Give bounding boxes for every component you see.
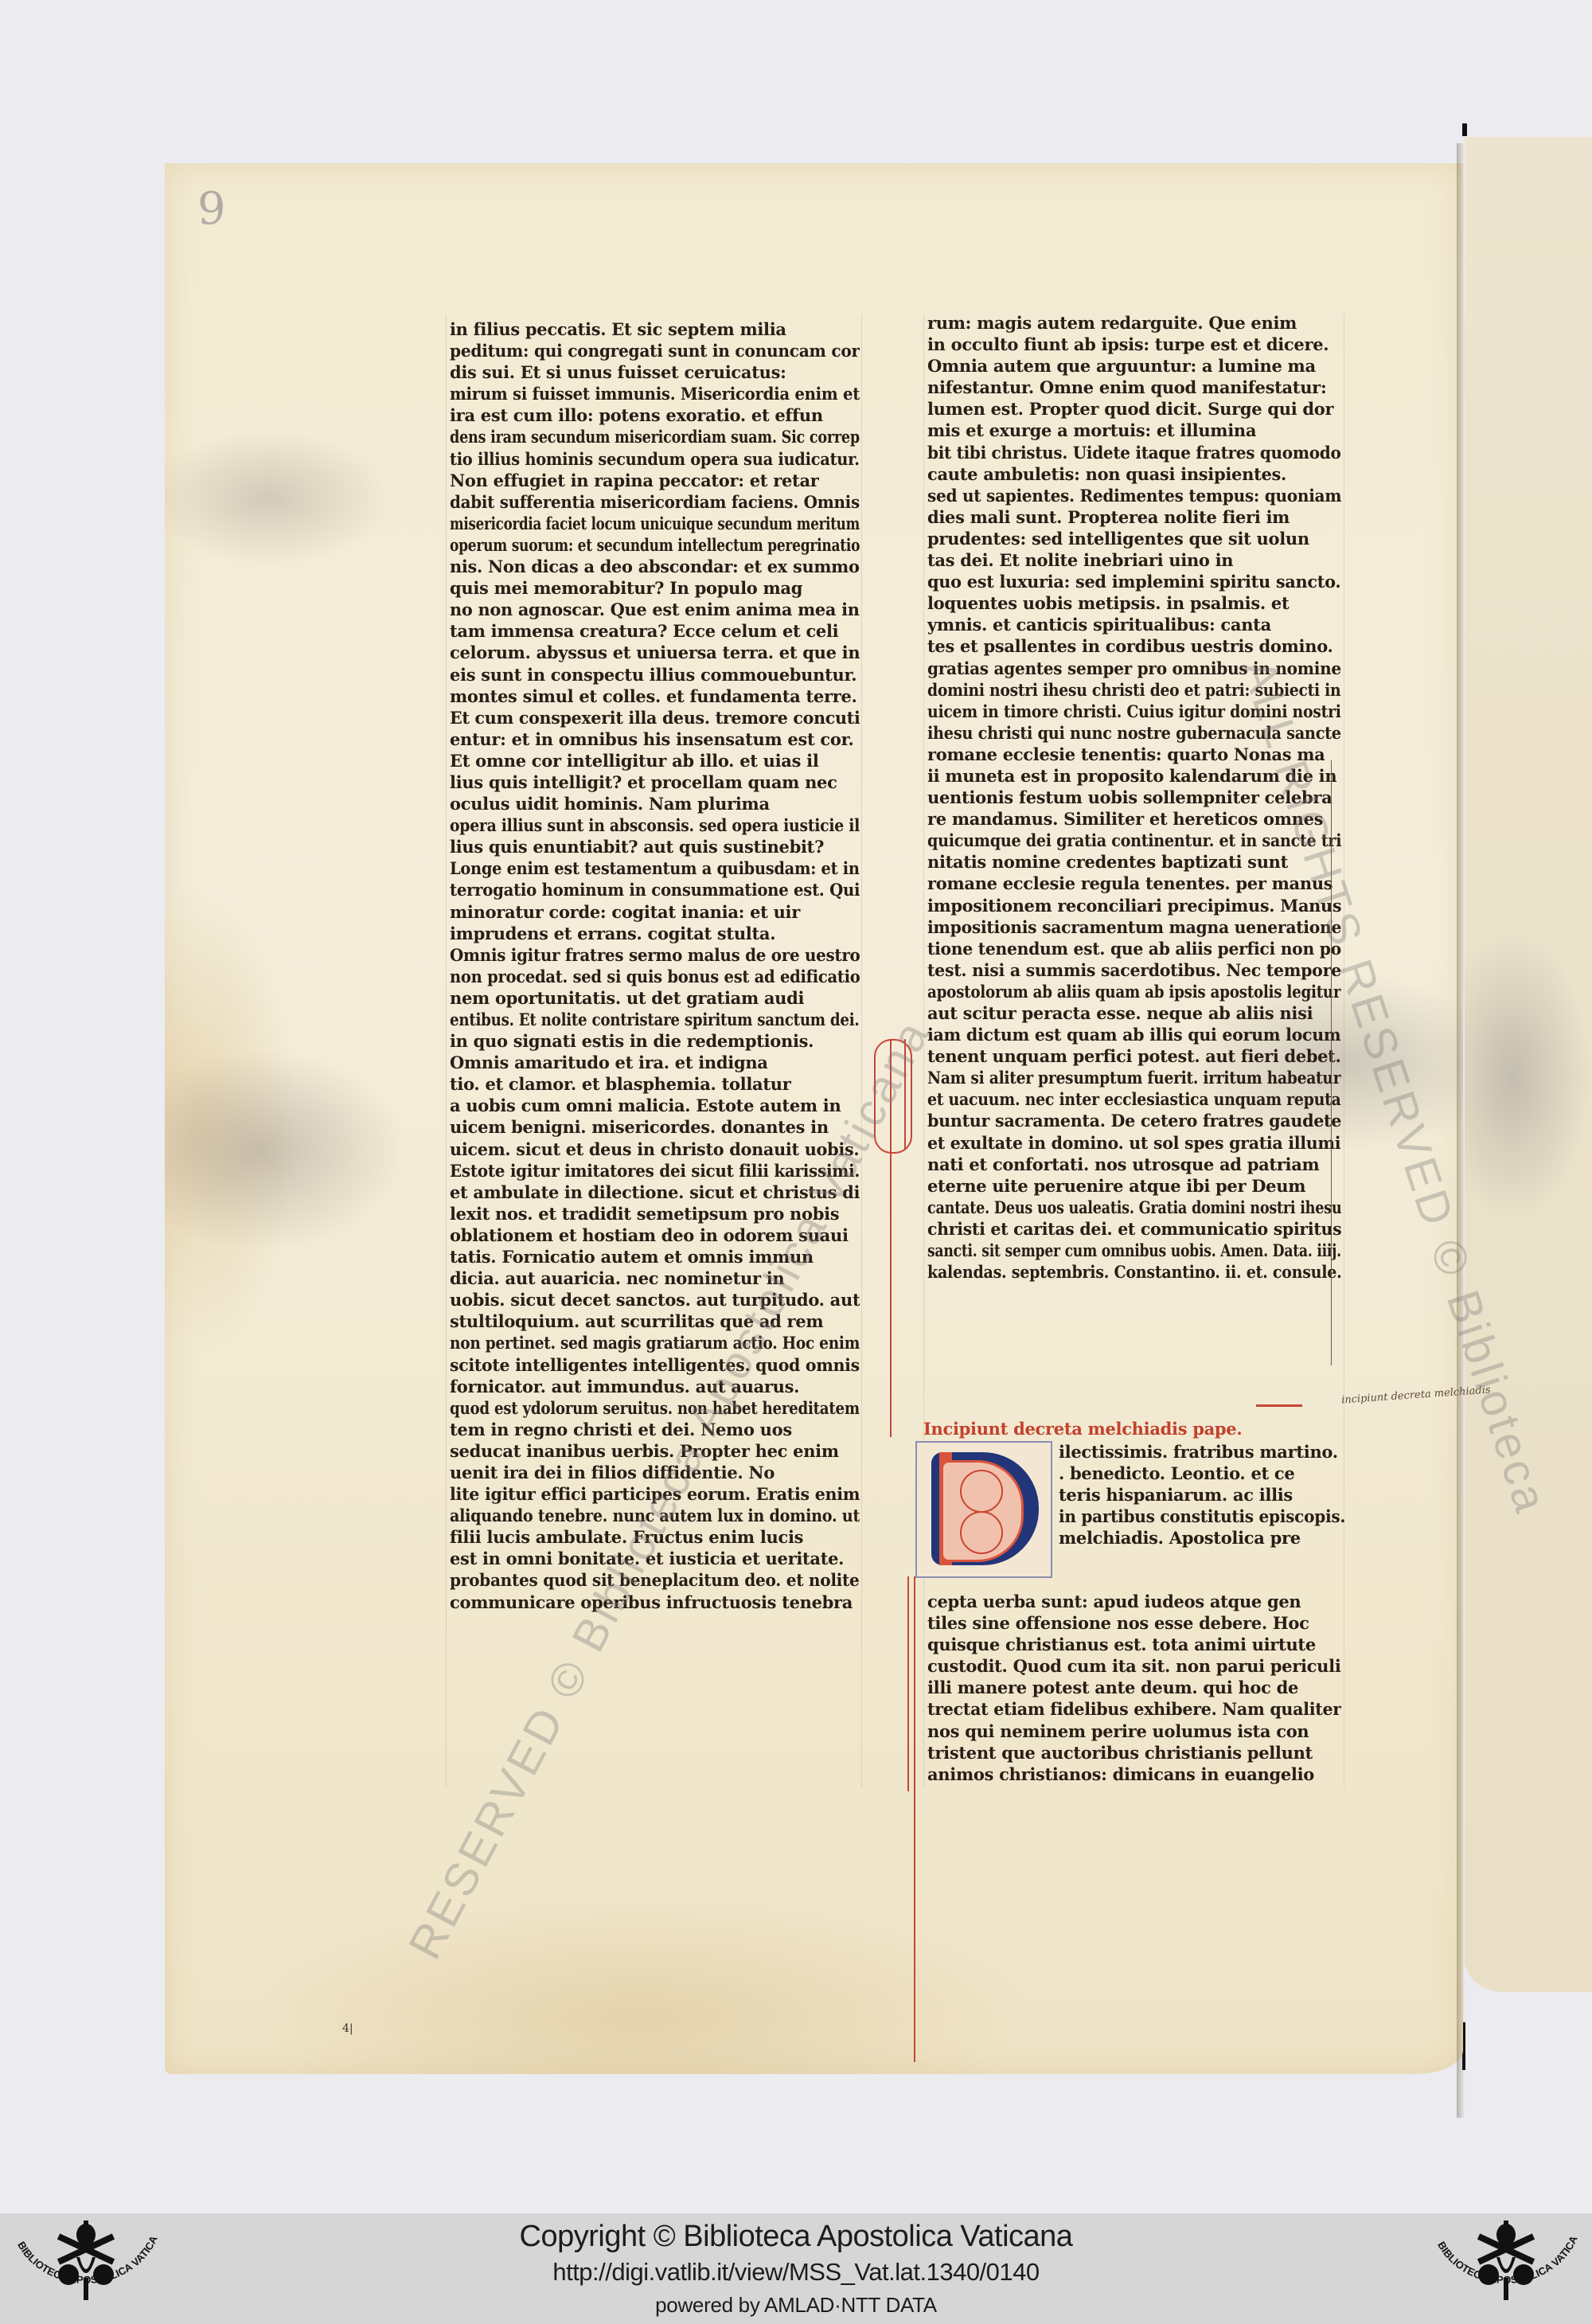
manuscript-text-line: tio illius hominis secundum opera sua iu… xyxy=(450,448,860,470)
manuscript-text-line: Nam si aliter presumptum fuerit. irritum… xyxy=(927,1067,1341,1088)
rubric-dash xyxy=(1256,1404,1302,1407)
next-page-edge xyxy=(1465,137,1592,1992)
manuscript-text-line: misericordia faciet locum unicuique secu… xyxy=(450,513,860,534)
manuscript-text-line: animos christianos: dimicans in euangeli… xyxy=(927,1764,1341,1785)
manuscript-text-line: nem oportunitatis. ut det gratiam audi xyxy=(450,987,860,1009)
ruling-line xyxy=(1344,314,1344,1787)
manuscript-text-line: nis. Non dicas a deo abscondar: et ex su… xyxy=(450,556,860,577)
manuscript-text-line: eterne uite peruenire atque ibi per Deum xyxy=(927,1175,1341,1197)
manuscript-text-line: terrogatio hominum in consummatione est.… xyxy=(450,879,860,900)
manuscript-text-line: dabit sufferentia misericordiam faciens.… xyxy=(450,491,860,513)
manuscript-text-line: impositionem reconciliari precipimus. Ma… xyxy=(927,895,1341,916)
manuscript-text-line: tio. et clamor. et blasphemia. tollatur xyxy=(450,1073,860,1095)
manuscript-text-line: stultiloquium. aut scurrilitas que ad re… xyxy=(450,1310,860,1332)
manuscript-text-line: scitote intelligentes intelligentes. quo… xyxy=(450,1354,860,1376)
manuscript-text-line: nos qui neminem perire uolumus ista con xyxy=(927,1721,1341,1742)
manuscript-text-line: ilectissimis. fratribus martino. xyxy=(1059,1441,1345,1463)
text-column-left: in filius peccatis. Et sic septem miliap… xyxy=(450,318,860,1613)
manuscript-text-line: bit tibi christus. Uidete itaque fratres… xyxy=(927,442,1341,463)
ruling-line xyxy=(446,314,447,1787)
manuscript-text-line: entur: et in omnibus his insensatum est … xyxy=(450,728,860,750)
manuscript-text-line: minoratur corde: cogitat inania: et uir xyxy=(450,901,860,923)
manuscript-text-line: Omnis amaritudo et ira. et indigna xyxy=(450,1052,860,1073)
manuscript-text-line: dies mali sunt. Propterea nolite fieri i… xyxy=(927,506,1341,528)
manuscript-text-line: buntur sacramenta. De cetero fratres gau… xyxy=(927,1110,1341,1131)
quire-mark: 4| xyxy=(342,2022,353,2035)
image-viewport[interactable]: 9 in filius peccatis. Et sic septem mili… xyxy=(0,0,1592,2213)
manuscript-text-line: non pertinet. sed magis gratiarum actio.… xyxy=(450,1332,860,1353)
penwork-flourish xyxy=(914,1576,915,2062)
manuscript-text-line: lumen est. Propter quod dicit. Surge qui… xyxy=(927,398,1341,420)
manuscript-text-line: apostolorum ab aliis quam ab ipsis apost… xyxy=(927,981,1341,1002)
manuscript-text-line: tas dei. Et nolite inebriari uino in xyxy=(927,549,1341,571)
folio-number: 9 xyxy=(197,183,226,235)
manuscript-text-line: a uobis cum omni malicia. Estote autem i… xyxy=(450,1095,860,1116)
manuscript-text-line: nati et confortati. nos utrosque ad patr… xyxy=(927,1154,1341,1175)
ruling-line xyxy=(861,314,862,1787)
powered-by-text: powered by AMLAD·NTT DATA xyxy=(0,2293,1592,2318)
vatican-library-logo-right: BIBLIOTECA APOSTOLICA VATICANA xyxy=(1426,2217,1586,2321)
manuscript-text-line: eis sunt in conspectu illius commouebunt… xyxy=(450,664,860,685)
manuscript-text-line: non procedat. sed si quis bonus est ad e… xyxy=(450,966,860,987)
initial-d-swirl xyxy=(960,1470,1003,1513)
decorated-initial-d xyxy=(915,1441,1052,1578)
manuscript-text-line: opera illius sunt in absconsis. sed oper… xyxy=(450,814,860,836)
manuscript-text-line: dis sui. Et si unus fuisset ceruicatus: xyxy=(450,361,860,383)
manuscript-text-line: melchiadis. Apostolica pre xyxy=(1059,1527,1345,1549)
vatican-library-logo-left: BIBLIOTECA APOSTOLICA VATICANA xyxy=(6,2217,166,2321)
copyright-text: Copyright © Biblioteca Apostolica Vatica… xyxy=(0,2220,1592,2254)
manuscript-text-line: imprudens et errans. cogitat stulta. xyxy=(450,923,860,944)
papal-coat-of-arms-icon: BIBLIOTECA APOSTOLICA VATICANA xyxy=(6,2217,166,2321)
manuscript-text-line: in quo signati estis in die redemptionis… xyxy=(450,1030,860,1052)
manuscript-text-line: caute ambuletis: non quasi insipientes. xyxy=(927,463,1341,485)
manuscript-text-line: Non effugiet in rapina peccator: et reta… xyxy=(450,470,860,491)
manuscript-text-line: trectat etiam fidelibus exhibere. Nam qu… xyxy=(927,1698,1341,1720)
manuscript-text-line: tione tenendum est. que ab aliis perfici… xyxy=(927,938,1341,959)
manuscript-text-line: . benedicto. Leontio. et ce xyxy=(1059,1463,1345,1484)
manuscript-text-line: Omnis igitur fratres sermo malus de ore … xyxy=(450,944,860,966)
manuscript-text-line: lius quis intelligit? et procellam quam … xyxy=(450,771,860,793)
initial-d-swirl xyxy=(960,1511,1003,1554)
manuscript-text-line: custodit. Quod cum ita sit. non parui pe… xyxy=(927,1655,1341,1677)
manuscript-text-line: montes simul et colles. et fundamenta te… xyxy=(450,685,860,707)
manuscript-text-line: et uacuum. nec inter ecclesiastica unqua… xyxy=(927,1088,1341,1110)
manuscript-text-line: mirum si fuisset immunis. Misericordia e… xyxy=(450,383,860,404)
manuscript-text-line: no non agnoscar. Que est enim anima mea … xyxy=(450,599,860,620)
manuscript-text-line: ira est cum illo: potens exoratio. et ef… xyxy=(450,404,860,426)
manuscript-text-line: test. nisi a summis sacerdotibus. Nec te… xyxy=(927,959,1341,981)
manuscript-text-line: tiles sine offensione nos esse debere. H… xyxy=(927,1612,1341,1634)
manuscript-text-line: quicumque dei gratia continentur. et in … xyxy=(927,830,1341,851)
manuscript-text-line: Et omne cor intelligitur ab illo. et uia… xyxy=(450,750,860,771)
manuscript-text-line: entibus. Et nolite contristare spiritum … xyxy=(450,1009,860,1030)
manuscript-text-line: et exultate in domino. ut sol spes grati… xyxy=(927,1132,1341,1154)
manuscript-text-line: tristent que auctoribus christianis pell… xyxy=(927,1742,1341,1764)
manuscript-text-line: uicem benigni. misericordes. donantes in xyxy=(450,1116,860,1138)
manuscript-text-line: tenent unquam perfici potest. aut fieri … xyxy=(927,1045,1341,1067)
gutter-shadow xyxy=(1457,143,1465,2118)
manuscript-text-line: nifestantur. Omne enim quod manifestatur… xyxy=(927,377,1341,398)
manuscript-text-line: cepta uerba sunt: apud iudeos atque gen xyxy=(927,1591,1341,1612)
manuscript-text-line: fornicator. aut immundus. aut auarus. xyxy=(450,1376,860,1397)
manuscript-text-line: in partibus constitutis episcopis. xyxy=(1059,1506,1345,1527)
manuscript-text-line: quisque christianus est. tota animi uirt… xyxy=(927,1634,1341,1655)
manuscript-text-line: mis et exurge a mortuis: et illumina xyxy=(927,420,1341,441)
manuscript-text-line: in occulto fiunt ab ipsis: turpe est et … xyxy=(927,334,1341,355)
manuscript-text-line: illi manere potest ante deum. qui hoc de xyxy=(927,1677,1341,1698)
manuscript-text-line: nitatis nomine credentes baptizati sunt xyxy=(927,851,1341,873)
manuscript-text-line: quo est luxuria: sed implemini spiritu s… xyxy=(927,571,1341,592)
manuscript-text-line: uicem. sicut et deus in christo donauit … xyxy=(450,1139,860,1160)
manuscript-text-line: operum suorum: et secundum intellectum p… xyxy=(450,534,860,556)
manuscript-url[interactable]: http://digi.vatlib.it/view/MSS_Vat.lat.1… xyxy=(0,2258,1592,2287)
manuscript-text-line: quis mei memorabitur? In populo mag xyxy=(450,577,860,599)
manuscript-text-line: romane ecclesie regula tenentes. per man… xyxy=(927,873,1341,894)
manuscript-text-line: sed ut sapientes. Redimentes tempus: quo… xyxy=(927,485,1341,506)
text-column-right-end: cepta uerba sunt: apud iudeos atque gent… xyxy=(927,1591,1341,1785)
manuscript-text-line: tem in regno christi et dei. Nemo uos xyxy=(450,1419,860,1440)
manuscript-text-line: ymnis. et canticis spiritualibus: canta xyxy=(927,614,1341,635)
papal-coat-of-arms-icon: BIBLIOTECA APOSTOLICA VATICANA xyxy=(1426,2217,1586,2321)
manuscript-text-line: iam dictum est quam ab illis qui eorum l… xyxy=(927,1024,1341,1045)
manuscript-text-line: christi et caritas dei. et communicatio … xyxy=(927,1218,1341,1240)
manuscript-text-line: teris hispaniarum. ac illis xyxy=(1059,1484,1345,1506)
manuscript-text-line: Omnia autem que arguuntur: a lumine ma xyxy=(927,355,1341,377)
rubric-heading: Incipiunt decreta melchiadis pape. xyxy=(923,1418,1337,1439)
manuscript-text-line: tam immensa creatura? Ecce celum et celi xyxy=(450,620,860,642)
manuscript-text-line: dens iram secundum misericordiam suam. S… xyxy=(450,426,860,447)
manuscript-text-line: impositionis sacramentum magna ueneratio… xyxy=(927,916,1341,938)
binding-clip xyxy=(1462,123,1467,136)
manuscript-text-line: prudentes: sed intelligentes que sit uol… xyxy=(927,528,1341,549)
manuscript-text-line: communicare operibus infructuosis tenebr… xyxy=(450,1592,860,1613)
manuscript-text-line: loquentes uobis metipsis. in psalmis. et xyxy=(927,592,1341,614)
manuscript-text-line: quod est ydolorum seruitus. non habet he… xyxy=(450,1397,860,1419)
manuscript-text-line: kalendas. septembris. Constantino. ii. e… xyxy=(927,1261,1341,1283)
manuscript-text-line: peditum: qui congregati sunt in conuncam… xyxy=(450,340,860,361)
manuscript-text-line: Estote igitur imitatores dei sicut filii… xyxy=(450,1160,860,1182)
manuscript-text-line: Et cum conspexerit illa deus. tremore co… xyxy=(450,707,860,728)
manuscript-text-line: lius quis enuntiabit? aut quis sustinebi… xyxy=(450,836,860,857)
manuscript-text-line: sancti. sit semper cum omnibus uobis. Am… xyxy=(927,1240,1341,1261)
penwork-flourish xyxy=(907,1576,909,1791)
manuscript-text-line: Longe enim est testamentum a quibusdam: … xyxy=(450,857,860,879)
manuscript-text-line: aut scitur peracta esse. neque ab aliis … xyxy=(927,1002,1341,1024)
manuscript-text-line: celorum. abyssus et uniuersa terra. et q… xyxy=(450,642,860,663)
manuscript-text-line: rum: magis autem redarguite. Que enim xyxy=(927,312,1341,334)
manuscript-text-line: oculus uidit hominis. Nam plurima xyxy=(450,793,860,814)
manuscript-text-line: cantate. Deus uos ualeatis. Gratia domin… xyxy=(927,1197,1341,1218)
copyright-footer: Copyright © Biblioteca Apostolica Vatica… xyxy=(0,2213,1592,2324)
text-beside-initial: ilectissimis. fratribus martino.. benedi… xyxy=(1059,1441,1345,1549)
manuscript-text-line: in filius peccatis. Et sic septem milia xyxy=(450,318,860,340)
